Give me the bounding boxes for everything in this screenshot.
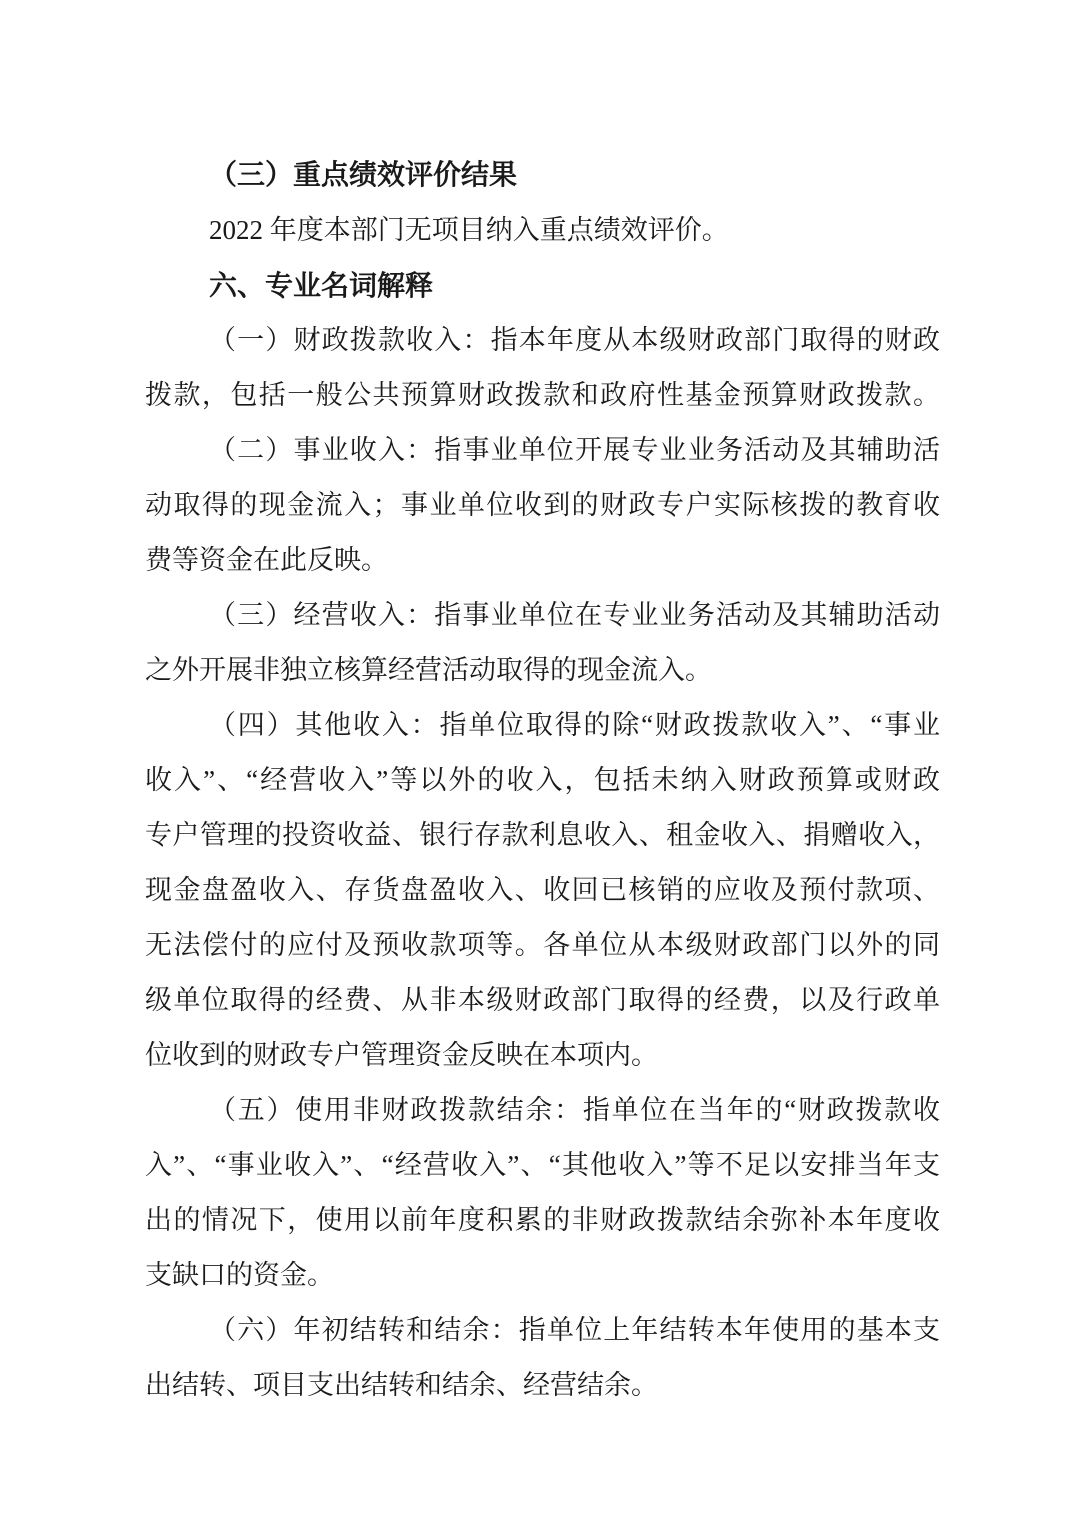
document-body: （三）重点绩效评价结果 2022 年度本部门无项目纳入重点绩效评价。 六、专业名… — [145, 148, 940, 1413]
term-other-income-line-6: 级单位取得的经费、从非本级财政部门取得的经费，以及行政单 — [145, 973, 940, 1028]
term-operating-income-line-3: 费等资金在此反映。 — [145, 533, 940, 588]
term-other-income-line-3: 专户管理的投资收益、银行存款利息收入、租金收入、捐赠收入， — [145, 808, 940, 863]
term-operating-income-line-2: 动取得的现金流入；事业单位收到的财政专户实际核拨的教育收 — [145, 478, 940, 533]
term-fiscal-appropriation-line-1: （一）财政拨款收入：指本年度从本级财政部门取得的财政 — [145, 313, 940, 368]
term-operating-income-line-1: （二）事业收入：指事业单位开展专业业务活动及其辅助活 — [145, 423, 940, 478]
term-nonfiscal-surplus-line-4: 支缺口的资金。 — [145, 1248, 940, 1303]
paragraph-performance-note: 2022 年度本部门无项目纳入重点绩效评价。 — [145, 203, 940, 258]
term-business-revenue-line-1: （三）经营收入：指事业单位在专业业务活动及其辅助活动 — [145, 588, 940, 643]
term-other-income-line-7: 位收到的财政专户管理资金反映在本项内。 — [145, 1028, 940, 1083]
term-business-revenue-line-2: 之外开展非独立核算经营活动取得的现金流入。 — [145, 643, 940, 698]
term-other-income-line-5: 无法偿付的应付及预收款项等。各单位从本级财政部门以外的同 — [145, 918, 940, 973]
term-nonfiscal-surplus-line-1: （五）使用非财政拨款结余：指单位在当年的“财政拨款收 — [145, 1083, 940, 1138]
term-carryover-line-2: 出结转、项目支出结转和结余、经营结余。 — [145, 1358, 940, 1413]
term-other-income-line-1: （四）其他收入：指单位取得的除“财政拨款收入”、“事业 — [145, 698, 940, 753]
term-nonfiscal-surplus-line-3: 出的情况下，使用以前年度积累的非财政拨款结余弥补本年度收 — [145, 1193, 940, 1248]
term-other-income-line-4: 现金盘盈收入、存货盘盈收入、收回已核销的应收及预付款项、 — [145, 863, 940, 918]
document-page: （三）重点绩效评价结果 2022 年度本部门无项目纳入重点绩效评价。 六、专业名… — [0, 0, 1074, 1520]
term-carryover-line-1: （六）年初结转和结余：指单位上年结转本年使用的基本支 — [145, 1303, 940, 1358]
subsection-heading-performance-results: （三）重点绩效评价结果 — [145, 148, 940, 203]
term-other-income-line-2: 收入”、“经营收入”等以外的收入，包括未纳入财政预算或财政 — [145, 753, 940, 808]
term-nonfiscal-surplus-line-2: 入”、“事业收入”、“经营收入”、“其他收入”等不足以安排当年支 — [145, 1138, 940, 1193]
term-fiscal-appropriation-line-2: 拨款，包括一般公共预算财政拨款和政府性基金预算财政拨款。 — [145, 368, 940, 423]
section-heading-terms: 六、专业名词解释 — [145, 258, 940, 313]
